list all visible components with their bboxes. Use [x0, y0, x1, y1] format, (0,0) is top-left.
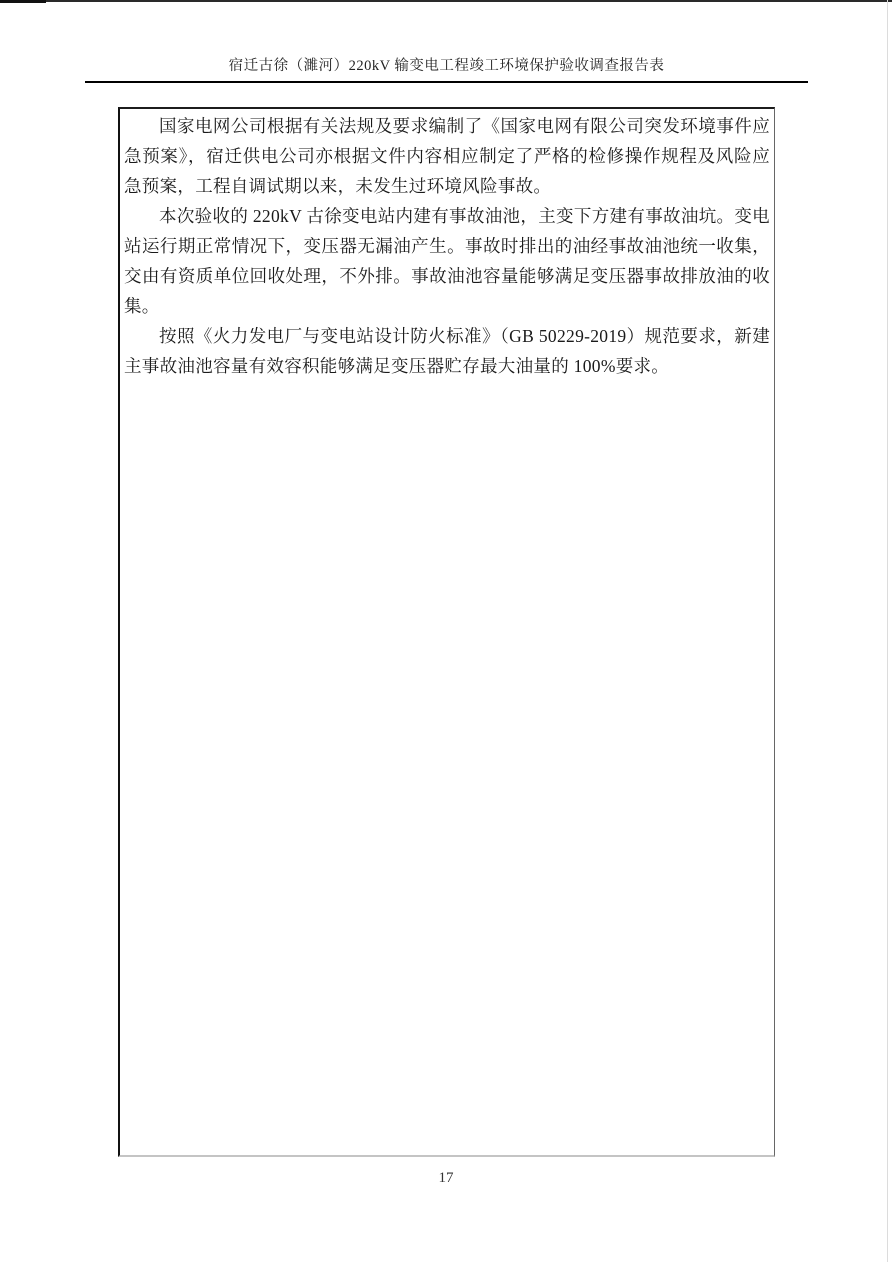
scan-artifact-top-line: [0, 0, 892, 2]
paragraph-emergency-plan: 国家电网公司根据有关法规及要求编制了《国家电网有限公司突发环境事件应急预案》，宿…: [124, 111, 770, 201]
page-number: 17: [439, 1170, 454, 1186]
scan-artifact-right-line: [887, 0, 888, 1262]
page-footer: 17: [0, 1169, 892, 1187]
paragraph-fire-design-standard: 按照《火力发电厂与变电站设计防火标准》（GB 50229-2019）规范要求，新…: [124, 321, 770, 381]
scan-artifact-top-left-blob: [0, 0, 46, 3]
paragraph-accident-oil-pool: 本次验收的 220kV 古徐变电站内建有事故油池，主变下方建有事故油坑。变电站运…: [124, 201, 770, 321]
document-title: 宿迁古徐（濉河）220kV 输变电工程竣工环境保护验收调查报告表: [229, 58, 665, 74]
report-table-cell: 国家电网公司根据有关法规及要求编制了《国家电网有限公司突发环境事件应急预案》，宿…: [118, 107, 775, 1157]
running-header: 宿迁古徐（濉河）220kV 输变电工程竣工环境保护验收调查报告表: [85, 54, 808, 75]
document-page: { "page": { "header": { "title": "宿迁古徐（濉…: [0, 0, 892, 1262]
header-rule-line: [85, 81, 808, 83]
